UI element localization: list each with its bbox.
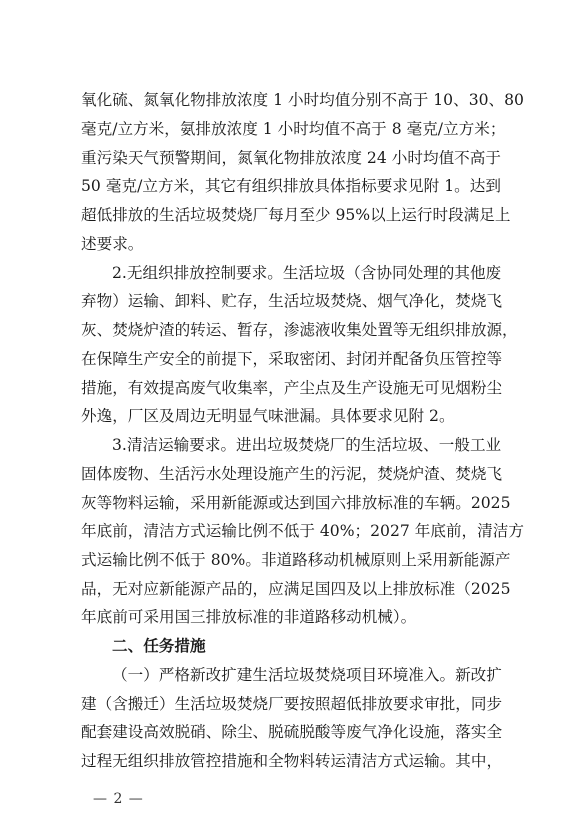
text-line: 灰、焚烧炉渣的转运、暂存，渗滤液收集处置等无组织排放源， <box>81 319 501 341</box>
text-line: 毫克/立方米，氨排放浓度 1 小时均值不高于 8 毫克/立方米； <box>81 118 501 140</box>
text-line: 建（含搬迁）生活垃圾焚烧厂要按照超低排放要求审批，同步 <box>81 693 501 715</box>
document-page: 氧化硫、氮氧化物排放浓度 1 小时均值分别不高于 10、30、80 毫克/立方米… <box>0 0 578 818</box>
text-line: 外逸，厂区及周边无明显气味泄漏。具体要求见附 2。 <box>81 405 501 427</box>
text-line: 超低排放的生活垃圾焚烧厂每月至少 95%以上运行时段满足上 <box>81 204 501 226</box>
text-line: 重污染天气预警期间，氮氧化物排放浓度 24 小时均值不高于 <box>81 147 501 169</box>
text-line: 氧化硫、氮氧化物排放浓度 1 小时均值分别不高于 10、30、80 <box>81 89 501 111</box>
text-line: 3.清洁运输要求。进出垃圾焚烧厂的生活垃圾、一般工业 <box>112 434 501 456</box>
text-line: 式运输比例不低于 80%。非道路移动机械原则上采用新能源产 <box>81 549 501 571</box>
section-heading: 二、任务措施 <box>112 635 501 657</box>
text-line: 品，无对应新能源产品的，应满足国四及以上排放标准（2025 <box>81 578 501 600</box>
text-line: 年底前，清洁方式运输比例不低于 40%；2027 年底前，清洁方 <box>81 520 501 542</box>
text-line: 措施，有效提高废气收集率，产尘点及生产设施无可见烟粉尘 <box>81 377 501 399</box>
text-line: 年底前可采用国三排放标准的非道路移动机械）。 <box>81 606 501 628</box>
text-line: 50 毫克/立方米，其它有组织排放具体指标要求见附 1。达到 <box>81 175 501 197</box>
text-line: 2.无组织排放控制要求。生活垃圾（含协同处理的其他废 <box>112 262 501 284</box>
text-line: 固体废物、生活污水处理设施产生的污泥，焚烧炉渣、焚烧飞 <box>81 463 501 485</box>
text-line: 过程无组织排放管控措施和全物料转运清洁方式运输。其中， <box>81 750 501 772</box>
text-line: （一）严格新改扩建生活垃圾焚烧项目环境准入。新改扩 <box>112 664 501 686</box>
text-line: 配套建设高效脱硝、除尘、脱硫脱酸等废气净化设施，落实全 <box>81 721 501 743</box>
text-line: 述要求。 <box>81 233 501 255</box>
text-line: 在保障生产安全的前提下，采取密闭、封闭并配备负压管控等 <box>81 348 501 370</box>
text-line: 灰等物料运输，采用新能源或达到国六排放标准的车辆。2025 <box>81 492 501 514</box>
text-line: 弃物）运输、卸料、贮存，生活垃圾焚烧、烟气净化，焚烧飞 <box>81 290 501 312</box>
page-number: — 2 — <box>93 791 144 807</box>
